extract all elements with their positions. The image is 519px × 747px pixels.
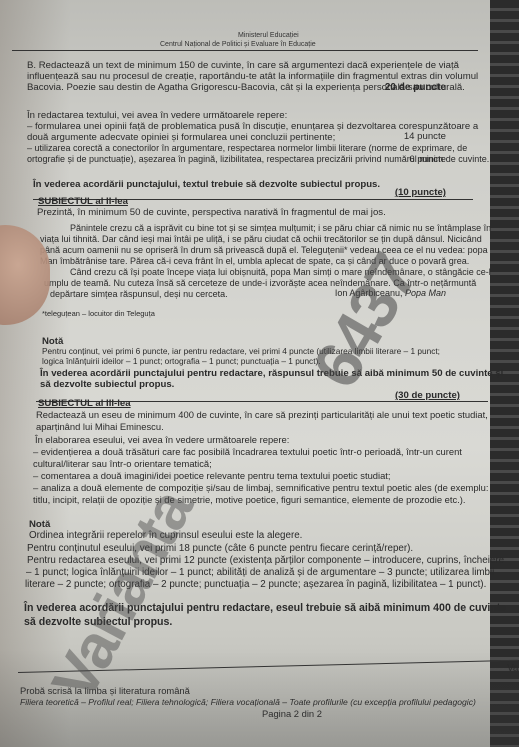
header-center: Centrul Național de Politici și Evaluare… (160, 39, 316, 50)
subject3-prompt-2: aparținând lui Mihai Eminescu. (36, 421, 164, 432)
part-b-line-1: B. Redactează un text de minimum 150 de … (27, 60, 459, 71)
excerpt-footnote: *teleguțean – locuitor din Teleguța (42, 308, 155, 319)
excerpt-line-1: Pănintele crezu că a isprăvit cu bine to… (70, 223, 491, 234)
subject3-note-line-2: Pentru conținutul eseului, vei primi 18 … (27, 543, 413, 554)
excerpt-line-2: viața lui tihnită. Dar când ieși mai înt… (40, 234, 482, 245)
part-b-requirement: În vederea acordării punctajului, textul… (33, 179, 380, 190)
subject3-criterion-3a: – analiza a două elemente de compoziție … (33, 482, 488, 493)
subject2-title: SUBIECTUL al II-lea (38, 196, 128, 207)
subject2-note-line-2: logica înlănțuirii ideilor – 1 punct; or… (42, 356, 321, 367)
excerpt-line-7: depărtare simțea răspunsul, deși nu cerc… (50, 289, 228, 300)
subject3-criterion-1b: cultural/literar sau într-o orientare te… (33, 458, 212, 469)
subject2-prompt: Prezintă, în minimum 50 de cuvinte, pers… (37, 207, 386, 218)
subject3-note-title: Notă (29, 519, 50, 530)
subject2-points: (10 puncte) (395, 187, 446, 198)
part-b-criterion-2a: – utilizarea corectă a conectorilor în a… (27, 143, 467, 154)
exam-page: Ministerul Educației Centrul Național de… (0, 0, 490, 747)
excerpt-line-3: până acum oamenii nu se opriseră în drum… (40, 245, 488, 256)
part-b-criterion-1-points: 14 puncte (404, 131, 446, 142)
bottom-shadow (0, 650, 519, 747)
subject3-criteria-intro: În elaborarea eseului, vei avea în veder… (35, 434, 289, 445)
part-b-line-2: influențează sau nu procesul de creație,… (27, 71, 478, 82)
subject3-points: (30 de puncte) (395, 390, 460, 401)
subject2-requirement-2: să dezvolte subiectul propus. (40, 379, 174, 390)
part-b-criterion-2-points: 6 puncte (409, 154, 446, 165)
subject2-requirement-1: În vederea acordării punctajului pentru … (40, 368, 503, 379)
subject3-prompt-1: Redactează un eseu de minimum 400 de cuv… (36, 409, 488, 420)
subject3-criterion-1a: – evidențierea a două trăsături care fac… (33, 446, 462, 457)
subject3-title: SUBIECTUL al III-lea (38, 398, 131, 409)
part-b-points: 20 de puncte (385, 82, 446, 93)
header-rule (12, 50, 478, 51)
part-b-criterion-1b: două argumente adecvate opiniei și formu… (27, 132, 335, 143)
subject3-criterion-3b: titlu, incipit, relații de opoziție și d… (33, 494, 466, 505)
subject3-criterion-2: – comentarea a două imagini/idei poetice… (33, 470, 391, 481)
part-b-criteria-intro: În redactarea textului, vei avea în vede… (27, 110, 287, 121)
